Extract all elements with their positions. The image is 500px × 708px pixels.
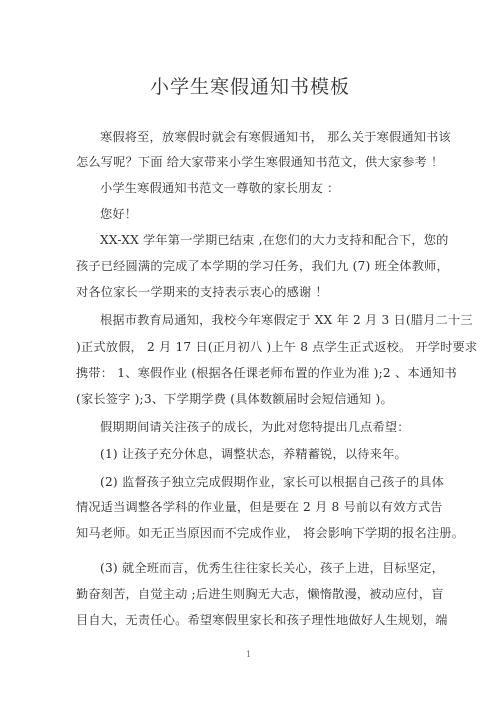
body-text-line: 怎么写呢？下面 给大家带来小学生寒假通知书范文，供大家参考 ！ [76,153,443,170]
body-text-line: 孩子已经圆满的完成了本学期的学习任务，我们九 (7) 班全体教师， [76,257,449,274]
body-text-line: 对各位家长一学期来的支持表示衷心的感谢 ！ [76,283,328,300]
body-text-line: 情况适当调整各学科的作业量，但是要在 2 月 8 号前以有效方式告 [76,498,443,515]
body-text-line: )正式放假， 2 月 17 日(正月初八 )上午 8 点学生正式返校。 开学时要… [76,338,477,355]
body-text-line: 假期期间请关注孩子的成长，为此对您特提出几点希望： [100,418,410,435]
body-text-line: 根据市教育局通知，我校今年寒假定于 XX 年 2 月 3 日(腊月二十三 [100,311,473,328]
body-text-line: (3) 就全班而言，优秀生往往家长关心，孩子上进，目标坚定， [100,559,444,576]
body-text-line: 目自大，无责任心。希望寒假里家长和孩子理性地做好人生规划，端 [76,611,448,628]
body-text-line: 寒假将至，放寒假时就会有寒假通知书， 那么关于寒假通知书该 [100,128,451,145]
body-text-line: 携带： 1、寒假作业 (根据各任课老师布置的作业为准 );2 、本通知书 [76,364,457,381]
page-number: 1 [246,650,251,659]
body-text-line: XX-XX 学年第一学期已结束 ,在您们的大力支持和配合下，您的 [100,231,448,248]
body-text-line: (1) 让孩子充分休息，调整状态，养精蓄锐，以待来年。 [100,445,407,462]
body-text-line: 您好！ [100,205,137,222]
body-text-line: (2) 监督孩子独立完成假期作业，家长可以根据自己孩子的具体 [100,473,444,490]
document-title: 小学生寒假通知书模板 [0,72,500,99]
body-text-line: 小学生寒假通知书范文一尊敬的家长朋友 ： [100,179,339,196]
body-text-line: 勤奋刻苦，自觉主动 ;后进生则胸无大志，懒惰散漫，被动应付，盲 [76,585,444,602]
body-text-line: 知马老师。如无正当原因而不完成作业， 将会影响下学期的报名注册。 [76,524,464,541]
body-text-line: (家长签字 );3、下学期学费 (具体数额届时会短信通知 )。 [76,390,393,407]
